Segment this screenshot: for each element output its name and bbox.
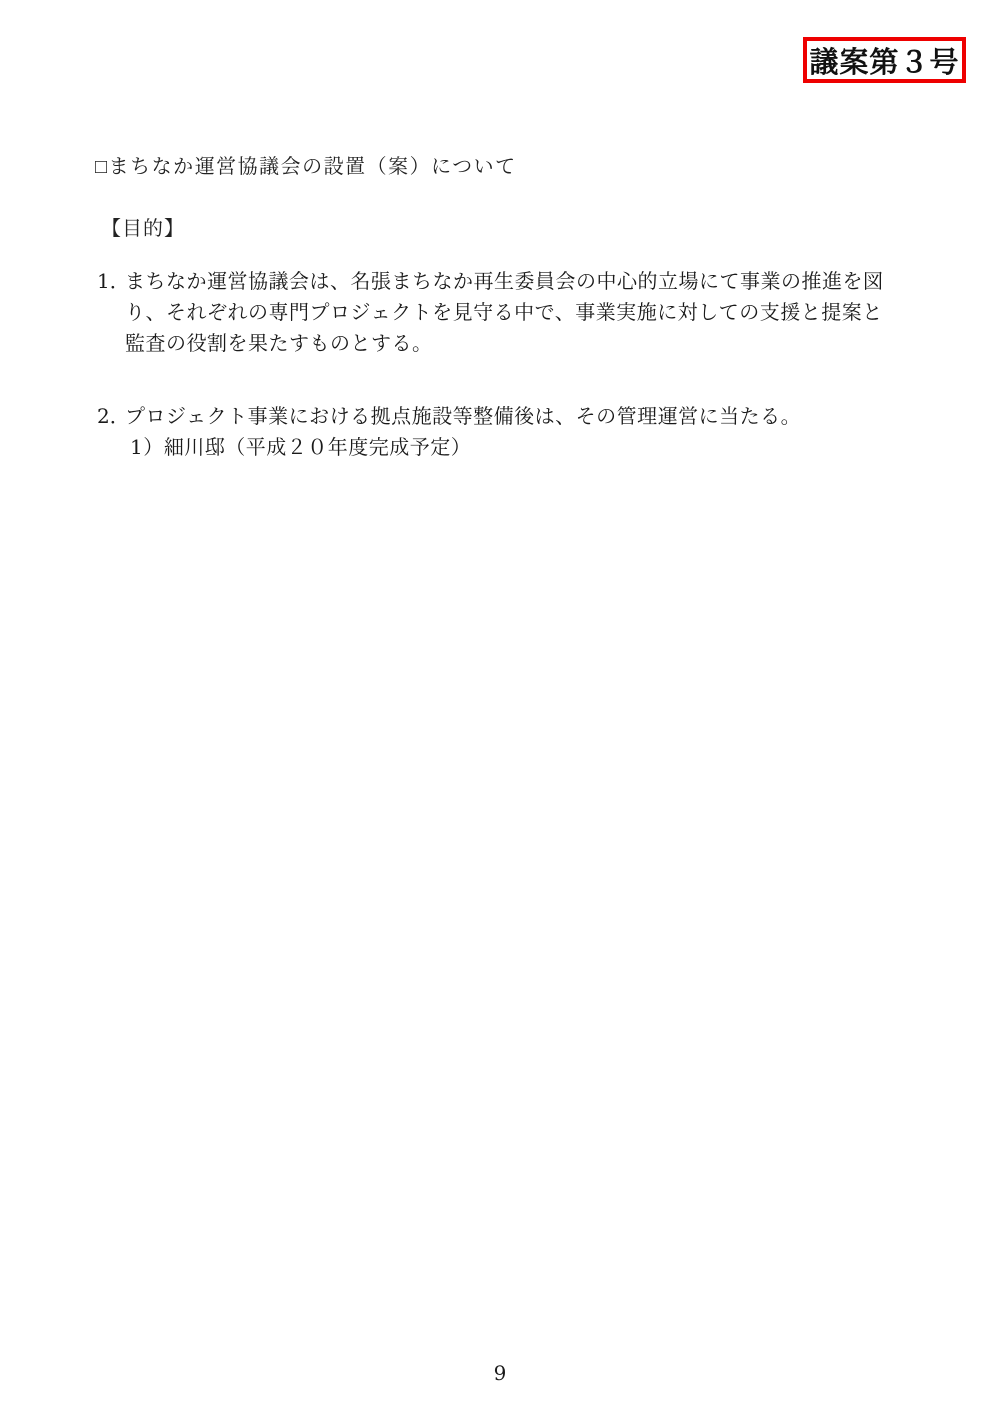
numbered-item-1: 1． まちなか運営協議会は、名張まちなか再生委員会の中心的立場にて事業の推進を図… — [97, 266, 909, 359]
item-2-number: 2． — [97, 401, 125, 463]
purpose-heading: 【目的】 — [101, 212, 185, 241]
item-1-line-3: 監査の役割を果たすものとする。 — [125, 328, 909, 359]
case-number-badge: 議案第３号 — [803, 37, 966, 83]
item-2-body: プロジェクト事業における拠点施設等整備後は、その管理運営に当たる。 1）細川邸（… — [125, 401, 909, 463]
document-title: □まちなか運営協議会の設置（案）について — [95, 150, 517, 179]
numbered-item-2: 2． プロジェクト事業における拠点施設等整備後は、その管理運営に当たる。 1）細… — [97, 401, 909, 463]
item-2-sub-item-1: 1）細川邸（平成２０年度完成予定） — [130, 432, 909, 463]
item-1-line-2: り、それぞれの専門プロジェクトを見守る中で、事業実施に対しての支援と提案と — [125, 297, 909, 328]
item-1-number: 1． — [97, 266, 125, 359]
page-number: 9 — [0, 1361, 1000, 1385]
document-page: 議案第３号 □まちなか運営協議会の設置（案）について 【目的】 1． まちなか運… — [0, 0, 1000, 1415]
item-1-body: まちなか運営協議会は、名張まちなか再生委員会の中心的立場にて事業の推進を図 り、… — [125, 266, 909, 359]
item-1-line-1: まちなか運営協議会は、名張まちなか再生委員会の中心的立場にて事業の推進を図 — [125, 266, 909, 297]
item-2-line-1: プロジェクト事業における拠点施設等整備後は、その管理運営に当たる。 — [125, 401, 909, 432]
case-number-label: 議案第３号 — [809, 40, 959, 81]
